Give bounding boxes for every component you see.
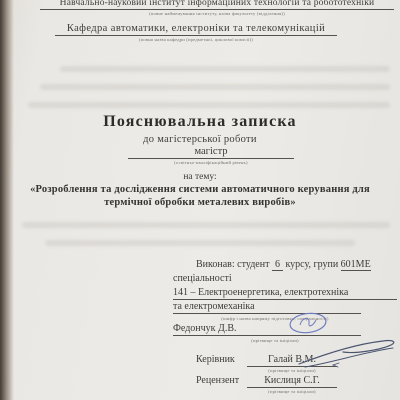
reviewer-caption: (прізвище та ініціали): [247, 389, 337, 394]
executor-course: 6: [272, 259, 283, 271]
page-edge-shadow: [0, 0, 14, 400]
bleed-through-line: [28, 102, 390, 108]
reviewer-label: Рецензент: [196, 375, 239, 386]
supervisor-name: Галай В.М.: [247, 354, 337, 367]
executor-line: Виконав: студент 6 курсу, групи 601МЕ: [196, 259, 371, 270]
degree-level: магістр: [128, 146, 294, 159]
executor-group: 601МЕ: [341, 259, 371, 271]
bleed-through-line: [45, 240, 355, 246]
speciality-line-2: та електромеханіка: [173, 300, 361, 314]
speciality-caption: (шифр і назва напряму підготовки, спеціа…: [185, 316, 365, 321]
bleed-through-line: [40, 84, 390, 90]
reviewer-name: Кислиця С.Г.: [247, 375, 337, 388]
speciality-label: спеціальності: [173, 273, 232, 284]
topic-label: на тему:: [0, 172, 400, 182]
topic-line-1: «Розроблення та дослідження системи авто…: [20, 184, 380, 195]
institute-name: Навчально-науковий інститут інформаційни…: [40, 0, 394, 10]
bleed-through-line: [22, 222, 390, 228]
topic-line-2: термічної обробки металевих виробів»: [20, 197, 380, 208]
department-name: Кафедра автоматики, електроніки та телек…: [55, 22, 337, 36]
scanned-title-page: Навчально-науковий інститут інформаційни…: [0, 0, 400, 400]
bleed-through-line: [60, 66, 390, 72]
department-caption: (повна назва кафедри (предметної, циклов…: [55, 37, 337, 42]
document-title: Пояснювальна записка: [0, 113, 400, 131]
executor-name-caption: (прізвище та ініціали): [210, 338, 340, 343]
degree-caption: (освітньо-кваліфікаційний рівень): [128, 160, 294, 165]
supervisor-label: Керівник: [196, 354, 235, 365]
document-subtitle: до магістерської роботи: [0, 134, 400, 145]
supervisor-caption: (прізвище та ініціали): [247, 368, 337, 373]
executor-name: Федончук Д.В.: [173, 322, 361, 336]
institute-caption: (повне найменування інституту, назва фак…: [40, 11, 394, 16]
executor-mid: курсу, групи: [285, 259, 338, 270]
executor-prefix: Виконав: студент: [196, 259, 269, 270]
speciality-line-1: 141 – Електроенергетика, електротехніка: [173, 286, 397, 300]
